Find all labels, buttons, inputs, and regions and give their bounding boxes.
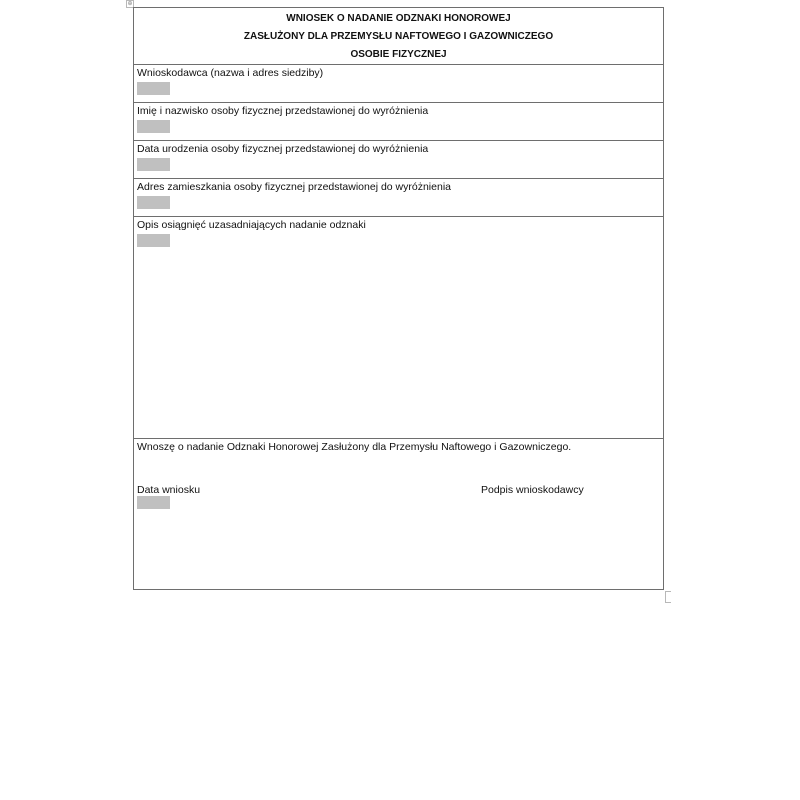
birth-date-field[interactable]: [137, 158, 170, 171]
title-line-3: OSOBIE FIZYCZNEJ: [134, 46, 663, 64]
applicant-field[interactable]: [137, 82, 170, 95]
declaration-text: Wnoszę o nadanie Odznaki Honorowej Zasłu…: [137, 441, 571, 453]
address-row: Adres zamieszkania osoby fizycznej przed…: [134, 179, 663, 217]
application-date-field[interactable]: [137, 496, 170, 509]
applicant-label: Wnioskodawca (nazwa i adres siedziby): [137, 67, 323, 79]
full-name-label: Imię i nazwisko osoby fizycznej przedsta…: [137, 105, 428, 117]
address-field[interactable]: [137, 196, 170, 209]
signature-label: Podpis wnioskodawcy: [481, 484, 584, 496]
achievements-label: Opis osiągnięć uzasadniających nadanie o…: [137, 219, 366, 231]
achievements-row: Opis osiągnięć uzasadniających nadanie o…: [134, 217, 663, 439]
birth-date-label: Data urodzenia osoby fizycznej przedstaw…: [137, 143, 428, 155]
declaration-row: Wnoszę o nadanie Odznaki Honorowej Zasłu…: [134, 439, 663, 589]
form-title: WNIOSEK O NADANIE ODZNAKI HONOROWEJ ZASŁ…: [134, 8, 663, 65]
full-name-field[interactable]: [137, 120, 170, 133]
title-line-1: WNIOSEK O NADANIE ODZNAKI HONOROWEJ: [134, 10, 663, 28]
birth-date-row: Data urodzenia osoby fizycznej przedstaw…: [134, 141, 663, 179]
achievements-field[interactable]: [137, 234, 170, 247]
applicant-row: Wnioskodawca (nazwa i adres siedziby): [134, 65, 663, 103]
full-name-row: Imię i nazwisko osoby fizycznej przedsta…: [134, 103, 663, 141]
title-line-2: ZASŁUŻONY DLA PRZEMYSŁU NAFTOWEGO I GAZO…: [134, 28, 663, 46]
end-of-cell-mark-icon: [665, 591, 671, 603]
application-date-label: Data wniosku: [137, 484, 200, 496]
address-label: Adres zamieszkania osoby fizycznej przed…: [137, 181, 451, 193]
application-form-table: WNIOSEK O NADANIE ODZNAKI HONOROWEJ ZASŁ…: [133, 7, 664, 590]
